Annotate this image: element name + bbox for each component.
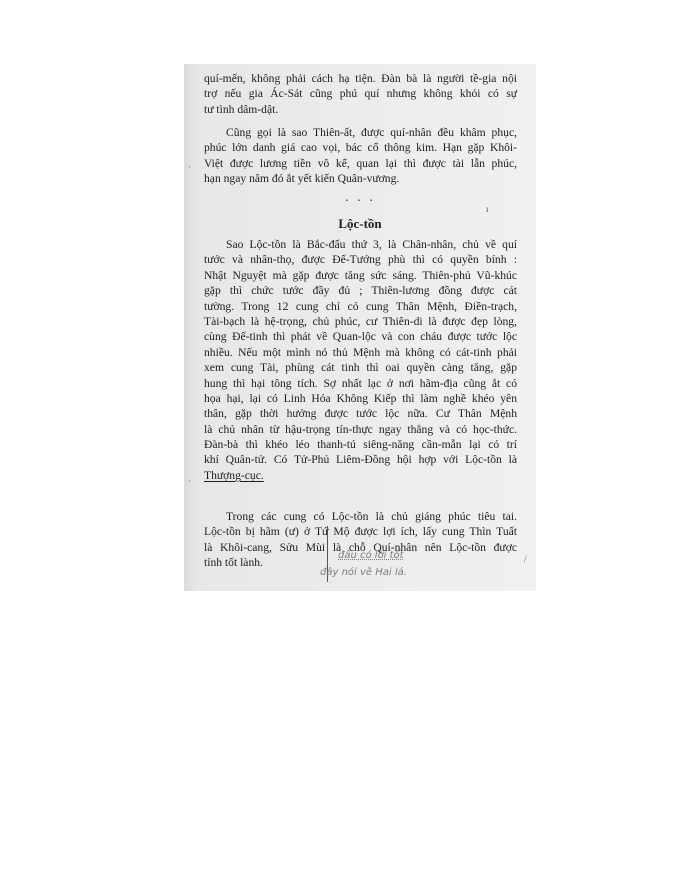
text-line: Nhật Nguyệt mà gặp được tăng sức sáng. T… bbox=[204, 268, 517, 283]
stray-mark: / bbox=[524, 554, 527, 564]
text-line: Thượng-cục. bbox=[204, 468, 517, 483]
text-line: hạn ngay năm đó ắt yết kiến Quân-vương. bbox=[204, 171, 517, 186]
section-heading: Lộc-tồn bbox=[184, 216, 536, 232]
text-line: khí Quân-tử. Có Tử-Phủ Liêm-Đồng hội hợp… bbox=[204, 452, 517, 467]
text-line: Sao Lộc-tồn là Bắc-đẩu thứ 3, là Chân-nh… bbox=[204, 237, 517, 252]
text-line: Tài-bạch là hệ-trọng, chủ phúc, cư Thiên… bbox=[204, 314, 517, 329]
text-line: phúc lớn danh giá cao vọi, bác cổ thông … bbox=[204, 140, 517, 155]
text-line: Trong các cung có Lộc-tồn là chủ giáng p… bbox=[204, 509, 517, 524]
text-line: là chủ nhân từ hậu-trọng tín-thực ngay t… bbox=[204, 422, 517, 437]
text-line: thân, gặp thời hưởng được tước lộc nữa. … bbox=[204, 406, 517, 421]
text-line: Việt được lương tiền vô kể, quan lại thì… bbox=[204, 156, 517, 171]
stray-mark: · bbox=[188, 162, 191, 172]
text-line: trợ nếu gia Ác-Sát cũng phú quí nhưng kh… bbox=[204, 86, 517, 101]
text-line: tước và nhân-thọ, được Đế-Tướng phù thì … bbox=[204, 252, 517, 267]
text-line: Cũng gọi là sao Thiên-ất, được quí-nhân … bbox=[204, 125, 517, 140]
text-line: nhiều. Nếu một mình nó thủ Mệnh mà không… bbox=[204, 345, 517, 360]
text-line: họa hại, lại có Linh Hỏa Không Kiếp thì … bbox=[204, 391, 517, 406]
text-line: quí-mến, không phải cách hạ tiện. Đàn bà… bbox=[204, 71, 517, 86]
text-line: cùng Đế-tinh thì phát về Quan-lộc và con… bbox=[204, 329, 517, 344]
text-line: tư tình dâm-dật. bbox=[204, 102, 517, 117]
text-line: gặp thì chức tước đầy đủ ; Thiên-lương đ… bbox=[204, 283, 517, 298]
stray-mark: · bbox=[188, 476, 191, 486]
text-line: hung thì hại tông tích. Sợ nhất lạc ở nơ… bbox=[204, 376, 517, 391]
handwritten-note: đây nói về Hai lá. bbox=[320, 567, 407, 578]
text-line: xem cung Tài, phùng cát tinh thì oai quy… bbox=[204, 360, 517, 375]
text-line: tường. Trong 12 cung chỉ có cung Thân Mệ… bbox=[204, 299, 517, 314]
stray-mark: ı bbox=[486, 204, 489, 214]
handwritten-note: đâu có lời tốt bbox=[338, 550, 404, 561]
text-line: Đàn-bà thì khéo léo thanh-tú siêng-năng … bbox=[204, 437, 517, 452]
text-line: Lộc-tồn bị hãm (ư) ở Tứ Mộ được lợi ích,… bbox=[204, 524, 517, 539]
section-separator: · · · bbox=[184, 194, 536, 210]
scanned-book-page: quí-mến, không phải cách hạ tiện. Đàn bà… bbox=[184, 64, 536, 591]
paragraph-4: Trong các cung có Lộc-tồn là chủ giáng p… bbox=[204, 509, 517, 571]
paragraph-2: Cũng gọi là sao Thiên-ất, được quí-nhân … bbox=[204, 125, 517, 187]
paragraph-3: Sao Lộc-tồn là Bắc-đẩu thứ 3, là Chân-nh… bbox=[204, 237, 517, 483]
paragraph-1: quí-mến, không phải cách hạ tiện. Đàn bà… bbox=[204, 71, 517, 117]
